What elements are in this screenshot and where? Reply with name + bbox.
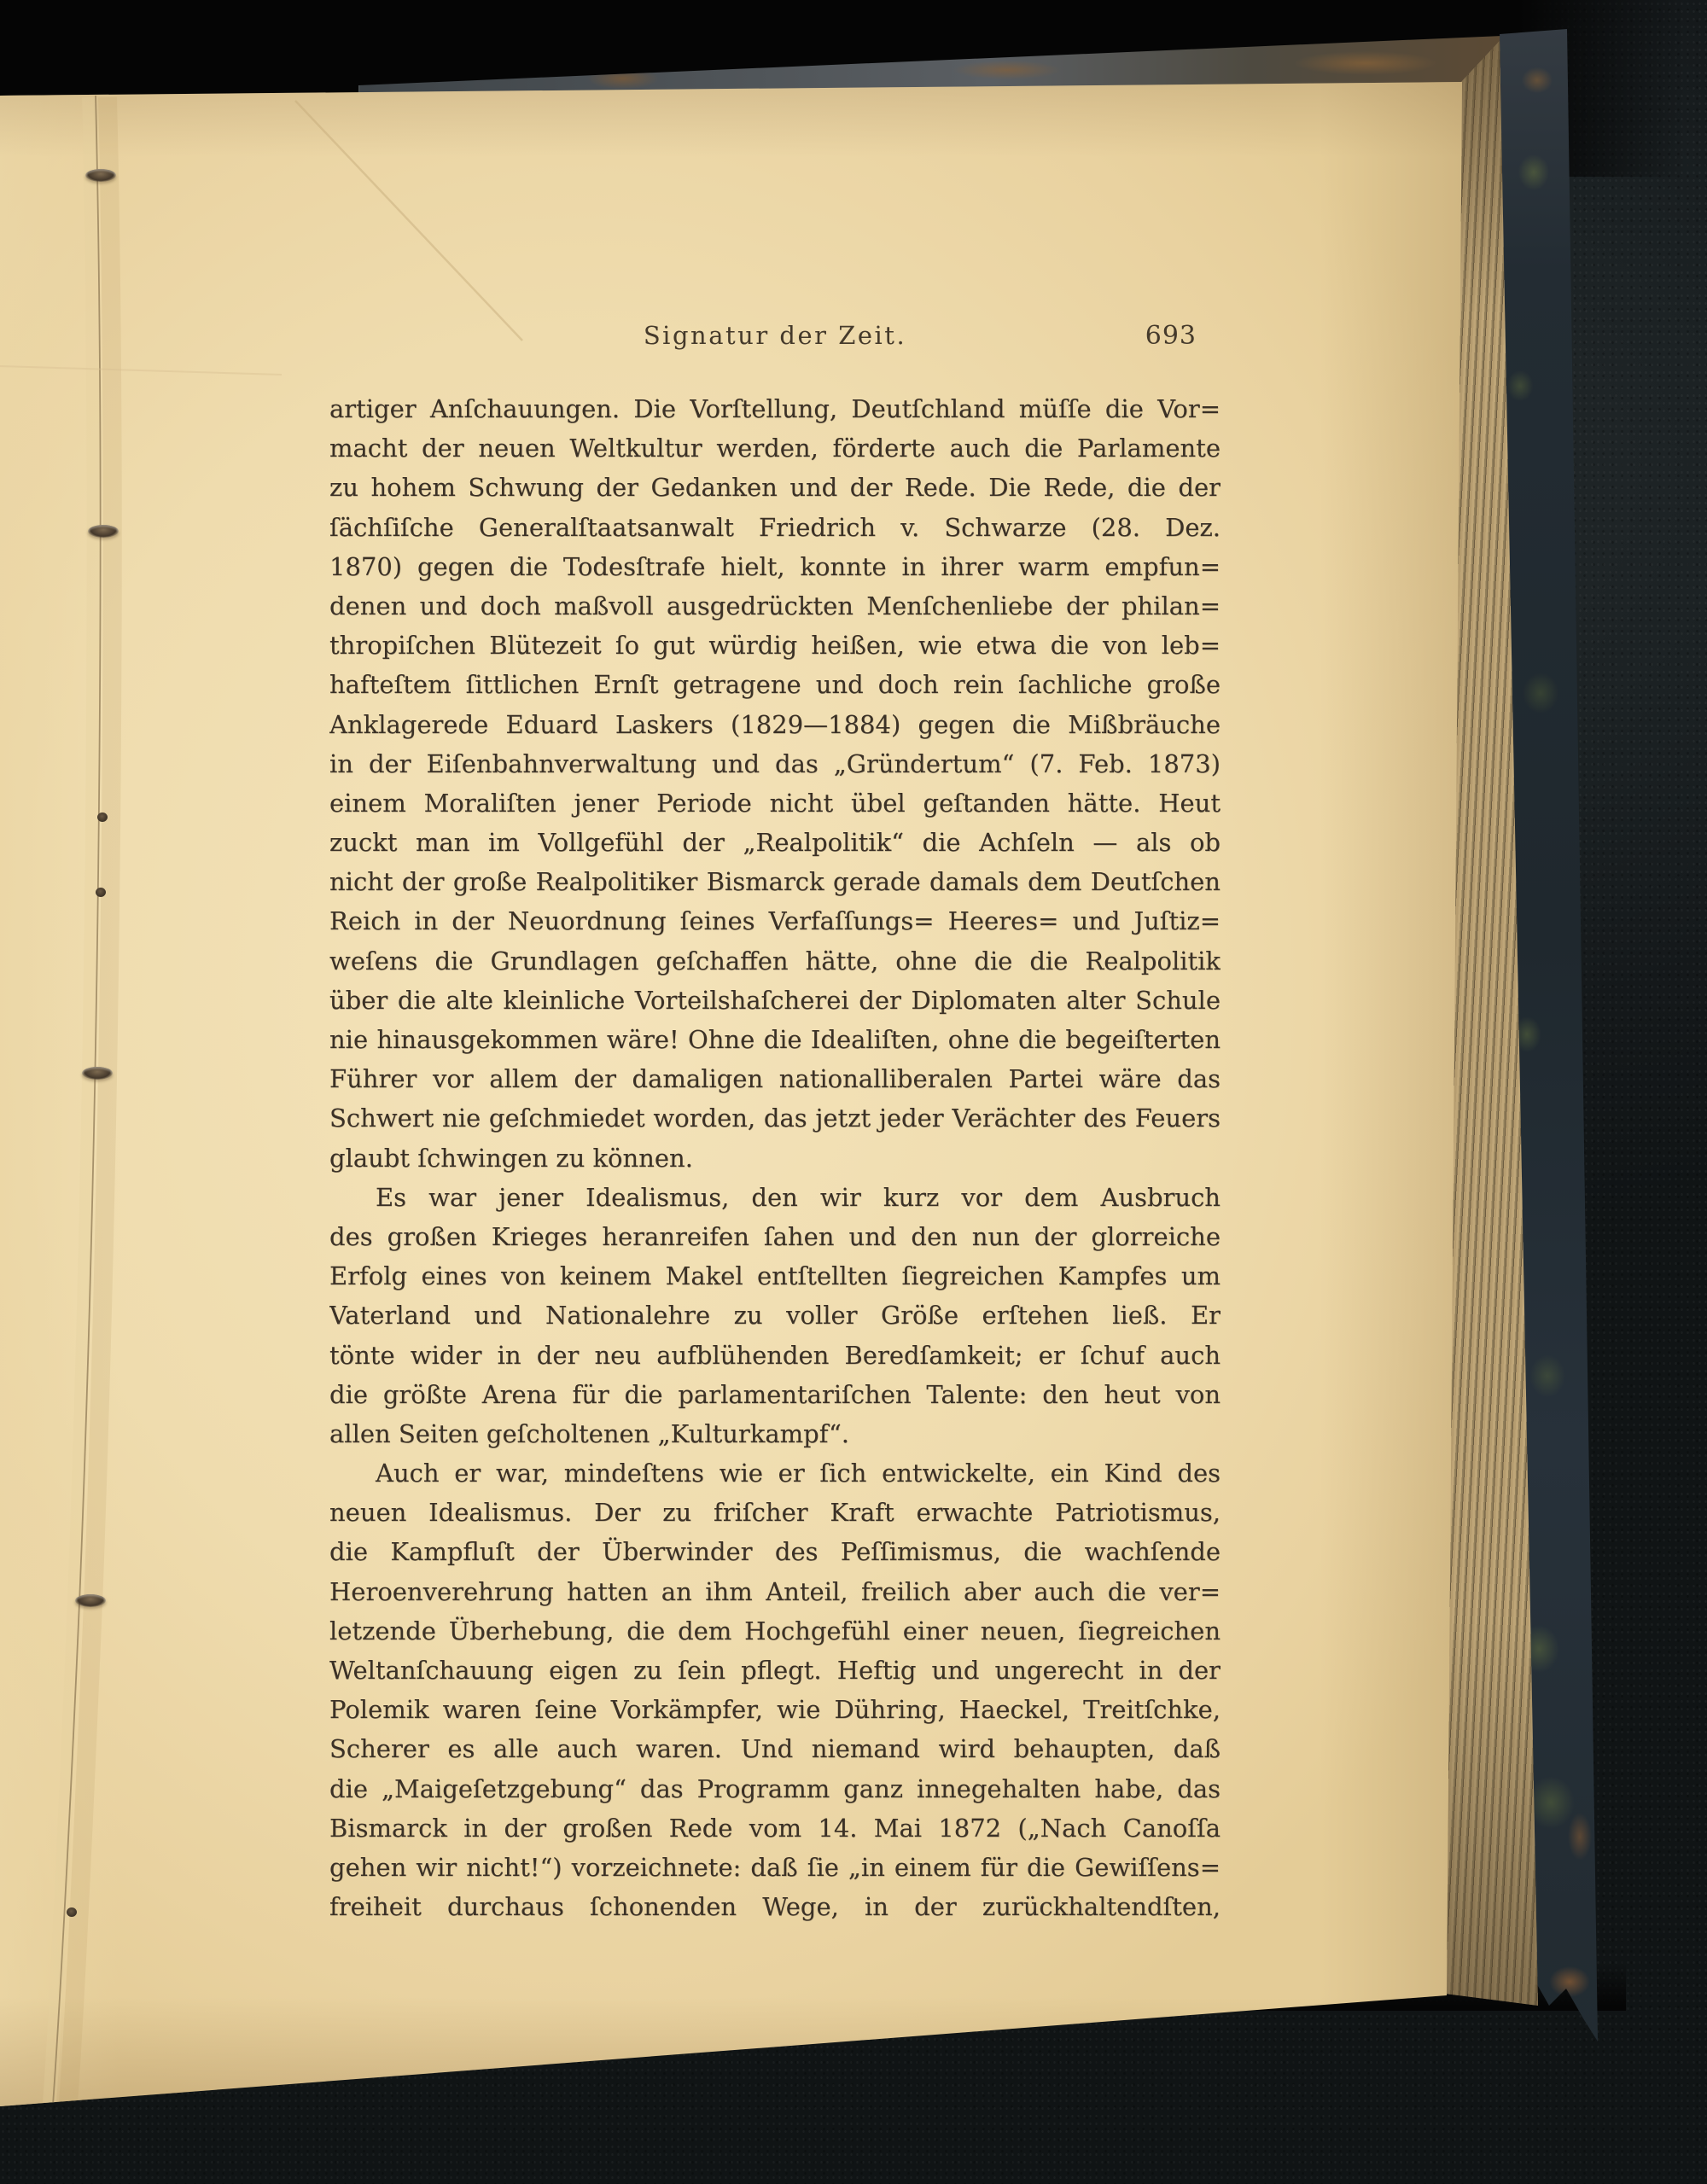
- text-line: neuen Idealismus. Der zu friſcher Kraft …: [329, 1493, 1221, 1532]
- text-line: Bismarck in der großen Rede vom 14. Mai …: [329, 1808, 1221, 1848]
- text-line: nicht der große Realpolitiker Bismarck g…: [329, 862, 1221, 901]
- text-line: Weltanſchauung eigen zu ſein pflegt. Hef…: [329, 1651, 1221, 1690]
- text-line: gehen wir nicht!“) vorzeichnete: daß ſie…: [329, 1848, 1221, 1887]
- text-line: nie hinausgekommen wäre! Ohne die Ideali…: [329, 1020, 1221, 1059]
- text-line: die Kampfluſt der Überwinder des Peſſimi…: [329, 1532, 1221, 1571]
- stitch-thread: [75, 1594, 106, 1607]
- text-line: des großen Krieges heranreifen ſahen und…: [329, 1217, 1221, 1256]
- text-line: zuckt man im Vollgefühl der „Realpolitik…: [329, 823, 1221, 862]
- text-line: artiger Anſchauungen. Die Vorſtellung, D…: [329, 389, 1221, 428]
- text-line: Es war jener Idealismus, den wir kurz vo…: [329, 1178, 1221, 1217]
- stitch-thread: [85, 169, 116, 182]
- page-header: Signatur der Zeit. 693: [329, 321, 1221, 357]
- stitch-thread: [88, 525, 119, 538]
- text-line: Erfolg eines von keinem Makel entſtellte…: [329, 1256, 1221, 1296]
- text-line: 1870) gegen die Todesſtrafe hielt, konnt…: [329, 547, 1221, 586]
- book-page: Signatur der Zeit. 693 artiger Anſchauun…: [0, 80, 1465, 2108]
- text-line: ſächſiſche Generalſtaatsanwalt Friedrich…: [329, 508, 1221, 547]
- stitch-knot: [97, 812, 108, 822]
- text-line: Reich in der Neuordnung ſeines Verfaſſun…: [329, 901, 1221, 941]
- text-line: letzende Überhebung, die dem Hochgefühl …: [329, 1611, 1221, 1651]
- text-line: Führer vor allem der damaligen nationall…: [329, 1059, 1221, 1098]
- book-photo: Signatur der Zeit. 693 artiger Anſchauun…: [0, 0, 1707, 2184]
- text-line: Scherer es alle auch waren. Und niemand …: [329, 1729, 1221, 1768]
- stitch-knot: [67, 1907, 77, 1917]
- text-line: Vaterland und Nationalehre zu voller Grö…: [329, 1296, 1221, 1335]
- text-line: thropiſchen Blütezeit ſo gut würdig heiß…: [329, 626, 1221, 665]
- text-line: hafteſtem ſittlichen Ernſt getragene und…: [329, 665, 1221, 704]
- text-line: Anklagerede Eduard Laskers (1829—1884) g…: [329, 705, 1221, 744]
- text-line: freiheit durchaus ſchonenden Wege, in de…: [329, 1887, 1221, 1926]
- page-number: 693: [1145, 321, 1197, 351]
- running-title: Signatur der Zeit.: [329, 321, 1221, 350]
- text-line: denen und doch maßvoll ausgedrückten Men…: [329, 586, 1221, 626]
- text-line: macht der neuen Weltkultur werden, förde…: [329, 428, 1221, 468]
- text-line: Polemik waren ſeine Vorkämpfer, wie Dühr…: [329, 1690, 1221, 1729]
- text-block: artiger Anſchauungen. Die Vorſtellung, D…: [329, 389, 1221, 1926]
- text-line: Auch er war, mindeſtens wie er ſich entw…: [329, 1453, 1221, 1493]
- text-line: Heroenverehrung hatten an ihm Anteil, fr…: [329, 1572, 1221, 1611]
- text-line: die „Maigeſetzgebung“ das Programm ganz …: [329, 1769, 1221, 1808]
- text-line: glaubt ſchwingen zu können.: [329, 1139, 1221, 1178]
- text-line: in der Eiſenbahnverwaltung und das „Grün…: [329, 744, 1221, 783]
- stitch-knot: [96, 888, 106, 897]
- text-line: Schwert nie geſchmiedet worden, das jetz…: [329, 1098, 1221, 1138]
- text-line: über die alte kleinliche Vorteilshaſcher…: [329, 981, 1221, 1020]
- stitch-thread: [82, 1067, 113, 1080]
- text-line: weſens die Grundlagen geſchaffen hätte, …: [329, 941, 1221, 981]
- text-line: die größte Arena für die parlamentariſch…: [329, 1375, 1221, 1414]
- text-line: tönte wider in der neu aufblühenden Bere…: [329, 1336, 1221, 1375]
- text-line: zu hohem Schwung der Gedanken und der Re…: [329, 468, 1221, 507]
- text-line: allen Seiten geſcholtenen „Kulturkampf“.: [329, 1414, 1221, 1453]
- text-line: einem Moraliſten jener Periode nicht übe…: [329, 783, 1221, 823]
